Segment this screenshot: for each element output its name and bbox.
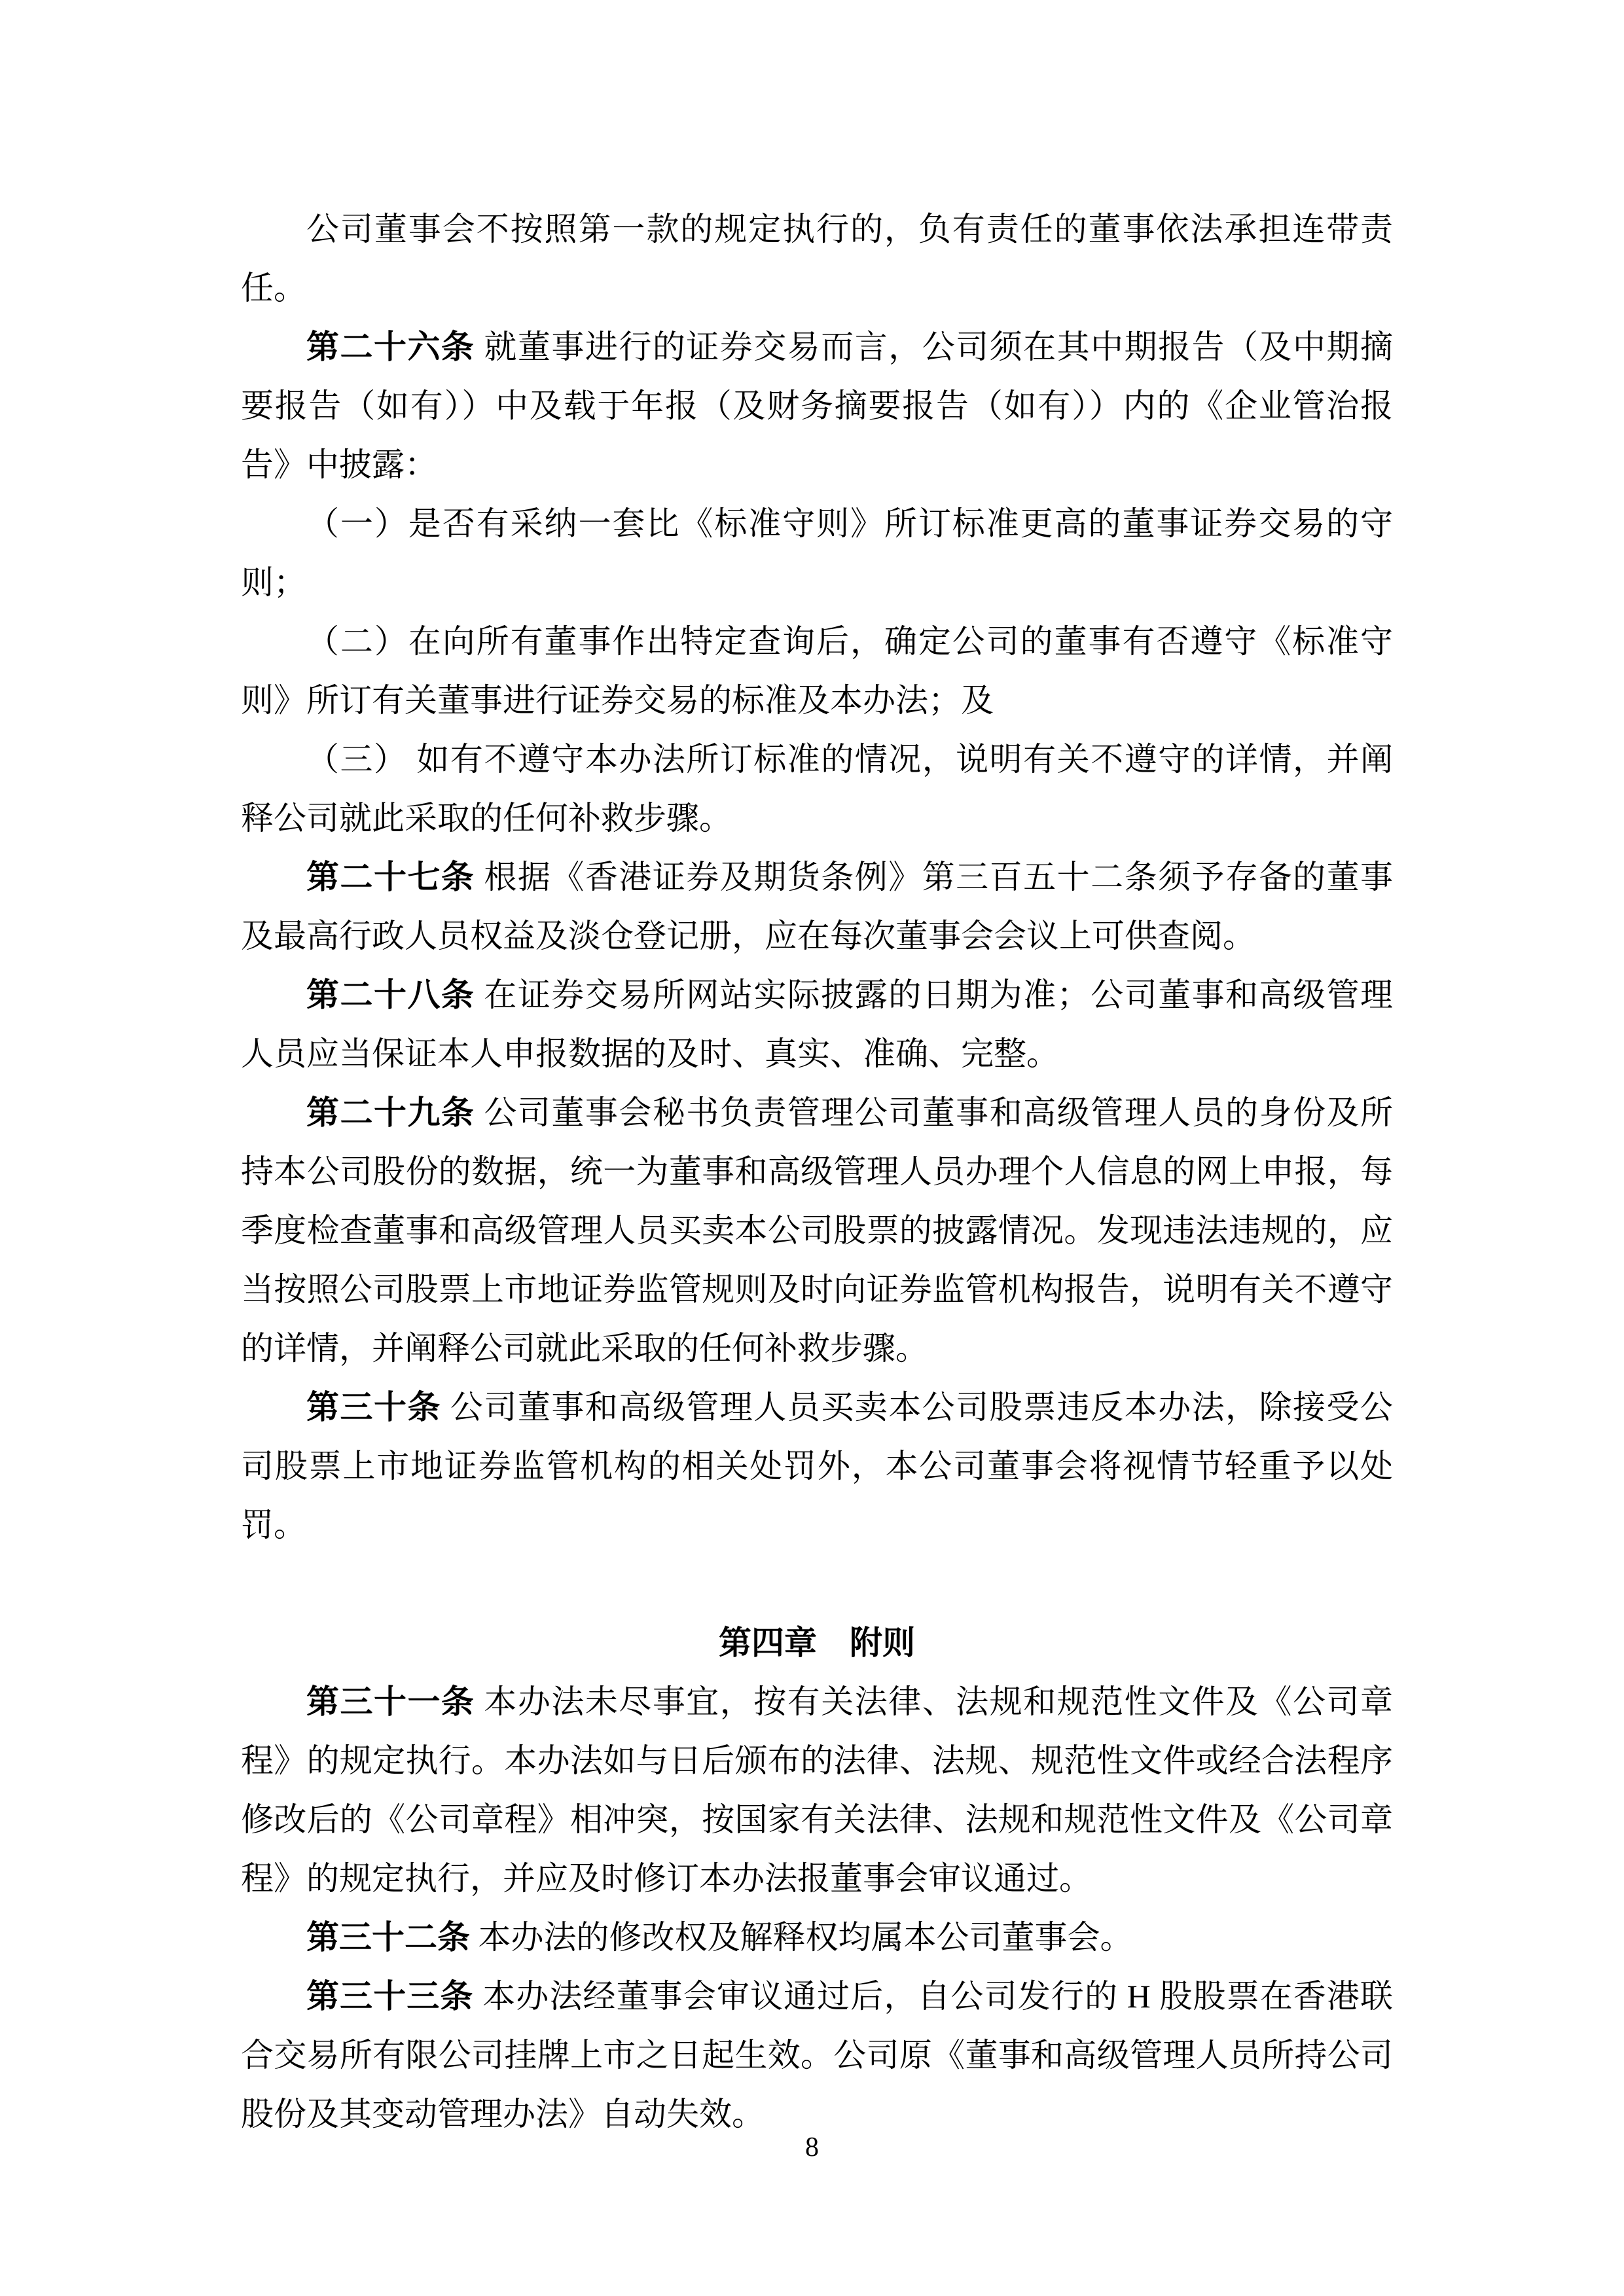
document-page: 公司董事会不按照第一款的规定执行的，负有责任的董事依法承担连带责任。 第二十六条… (0, 0, 1624, 2296)
paragraph-list-item: （三） 如有不遵守本办法所订标准的情况，说明有关不遵守的详情，并阐释公司就此采取… (241, 730, 1393, 848)
document-body: 公司董事会不按照第一款的规定执行的，负有责任的董事依法承担连带责任。 第二十六条… (241, 200, 1393, 2144)
article-number: 第二十八条 (306, 977, 475, 1013)
paragraph-text: 公司董事会不按照第一款的规定执行的，负有责任的董事依法承担连带责任。 (241, 211, 1393, 306)
paragraph: 公司董事会不按照第一款的规定执行的，负有责任的董事依法承担连带责任。 (241, 200, 1393, 317)
paragraph: 第三十二条 本办法的修改权及解释权均属本公司董事会。 (241, 1908, 1393, 1967)
paragraph: 第二十八条 在证券交易所网站实际披露的日期为准；公司董事和高级管理人员应当保证本… (241, 965, 1393, 1083)
paragraph-list-item: （一）是否有采纳一套比《标准守则》所订标准更高的董事证券交易的守则； (241, 494, 1393, 612)
paragraph: 第三十一条 本办法未尽事宜，按有关法律、法规和规范性文件及《公司章程》的规定执行… (241, 1672, 1393, 1908)
paragraph-text: （一）是否有采纳一套比《标准守则》所订标准更高的董事证券交易的守则； (241, 505, 1393, 601)
paragraph-list-item: （二）在向所有董事作出特定查询后，确定公司的董事有否遵守《标准守则》所订有关董事… (241, 612, 1393, 730)
paragraph: 第二十六条 就董事进行的证券交易而言，公司须在其中期报告（及中期摘要报告（如有）… (241, 317, 1393, 494)
article-number: 第三十二条 (306, 1919, 470, 1956)
article-number: 第三十三条 (306, 1978, 474, 2015)
article-number: 第二十六条 (306, 329, 475, 365)
article-number: 第三十条 (306, 1389, 441, 1426)
article-number: 第二十九条 (306, 1094, 475, 1131)
article-number: 第三十一条 (306, 1683, 475, 1720)
article-number: 第二十七条 (306, 859, 475, 895)
page-number: 8 (0, 2132, 1624, 2162)
paragraph-text: （三） 如有不遵守本办法所订标准的情况，说明有关不遵守的详情，并阐释公司就此采取… (241, 741, 1393, 836)
chapter-heading: 第四章 附则 (241, 1613, 1393, 1672)
paragraph-text: （二）在向所有董事作出特定查询后，确定公司的董事有否遵守《标准守则》所订有关董事… (241, 623, 1393, 719)
paragraph-text: 本办法的修改权及解释权均属本公司董事会。 (470, 1919, 1133, 1956)
paragraph: 第二十九条 公司董事会秘书负责管理公司董事和高级管理人员的身份及所持本公司股份的… (241, 1083, 1393, 1378)
paragraph: 第三十三条 本办法经董事会审议通过后，自公司发行的 H 股股票在香港联合交易所有… (241, 1967, 1393, 2144)
paragraph: 第二十七条 根据《香港证券及期货条例》第三百五十二条须予存备的董事及最高行政人员… (241, 848, 1393, 965)
paragraph-text: 公司董事会秘书负责管理公司董事和高级管理人员的身份及所持本公司股份的数据，统一为… (241, 1094, 1393, 1367)
paragraph: 第三十条 公司董事和高级管理人员买卖本公司股票违反本办法，除接受公司股票上市地证… (241, 1378, 1393, 1554)
